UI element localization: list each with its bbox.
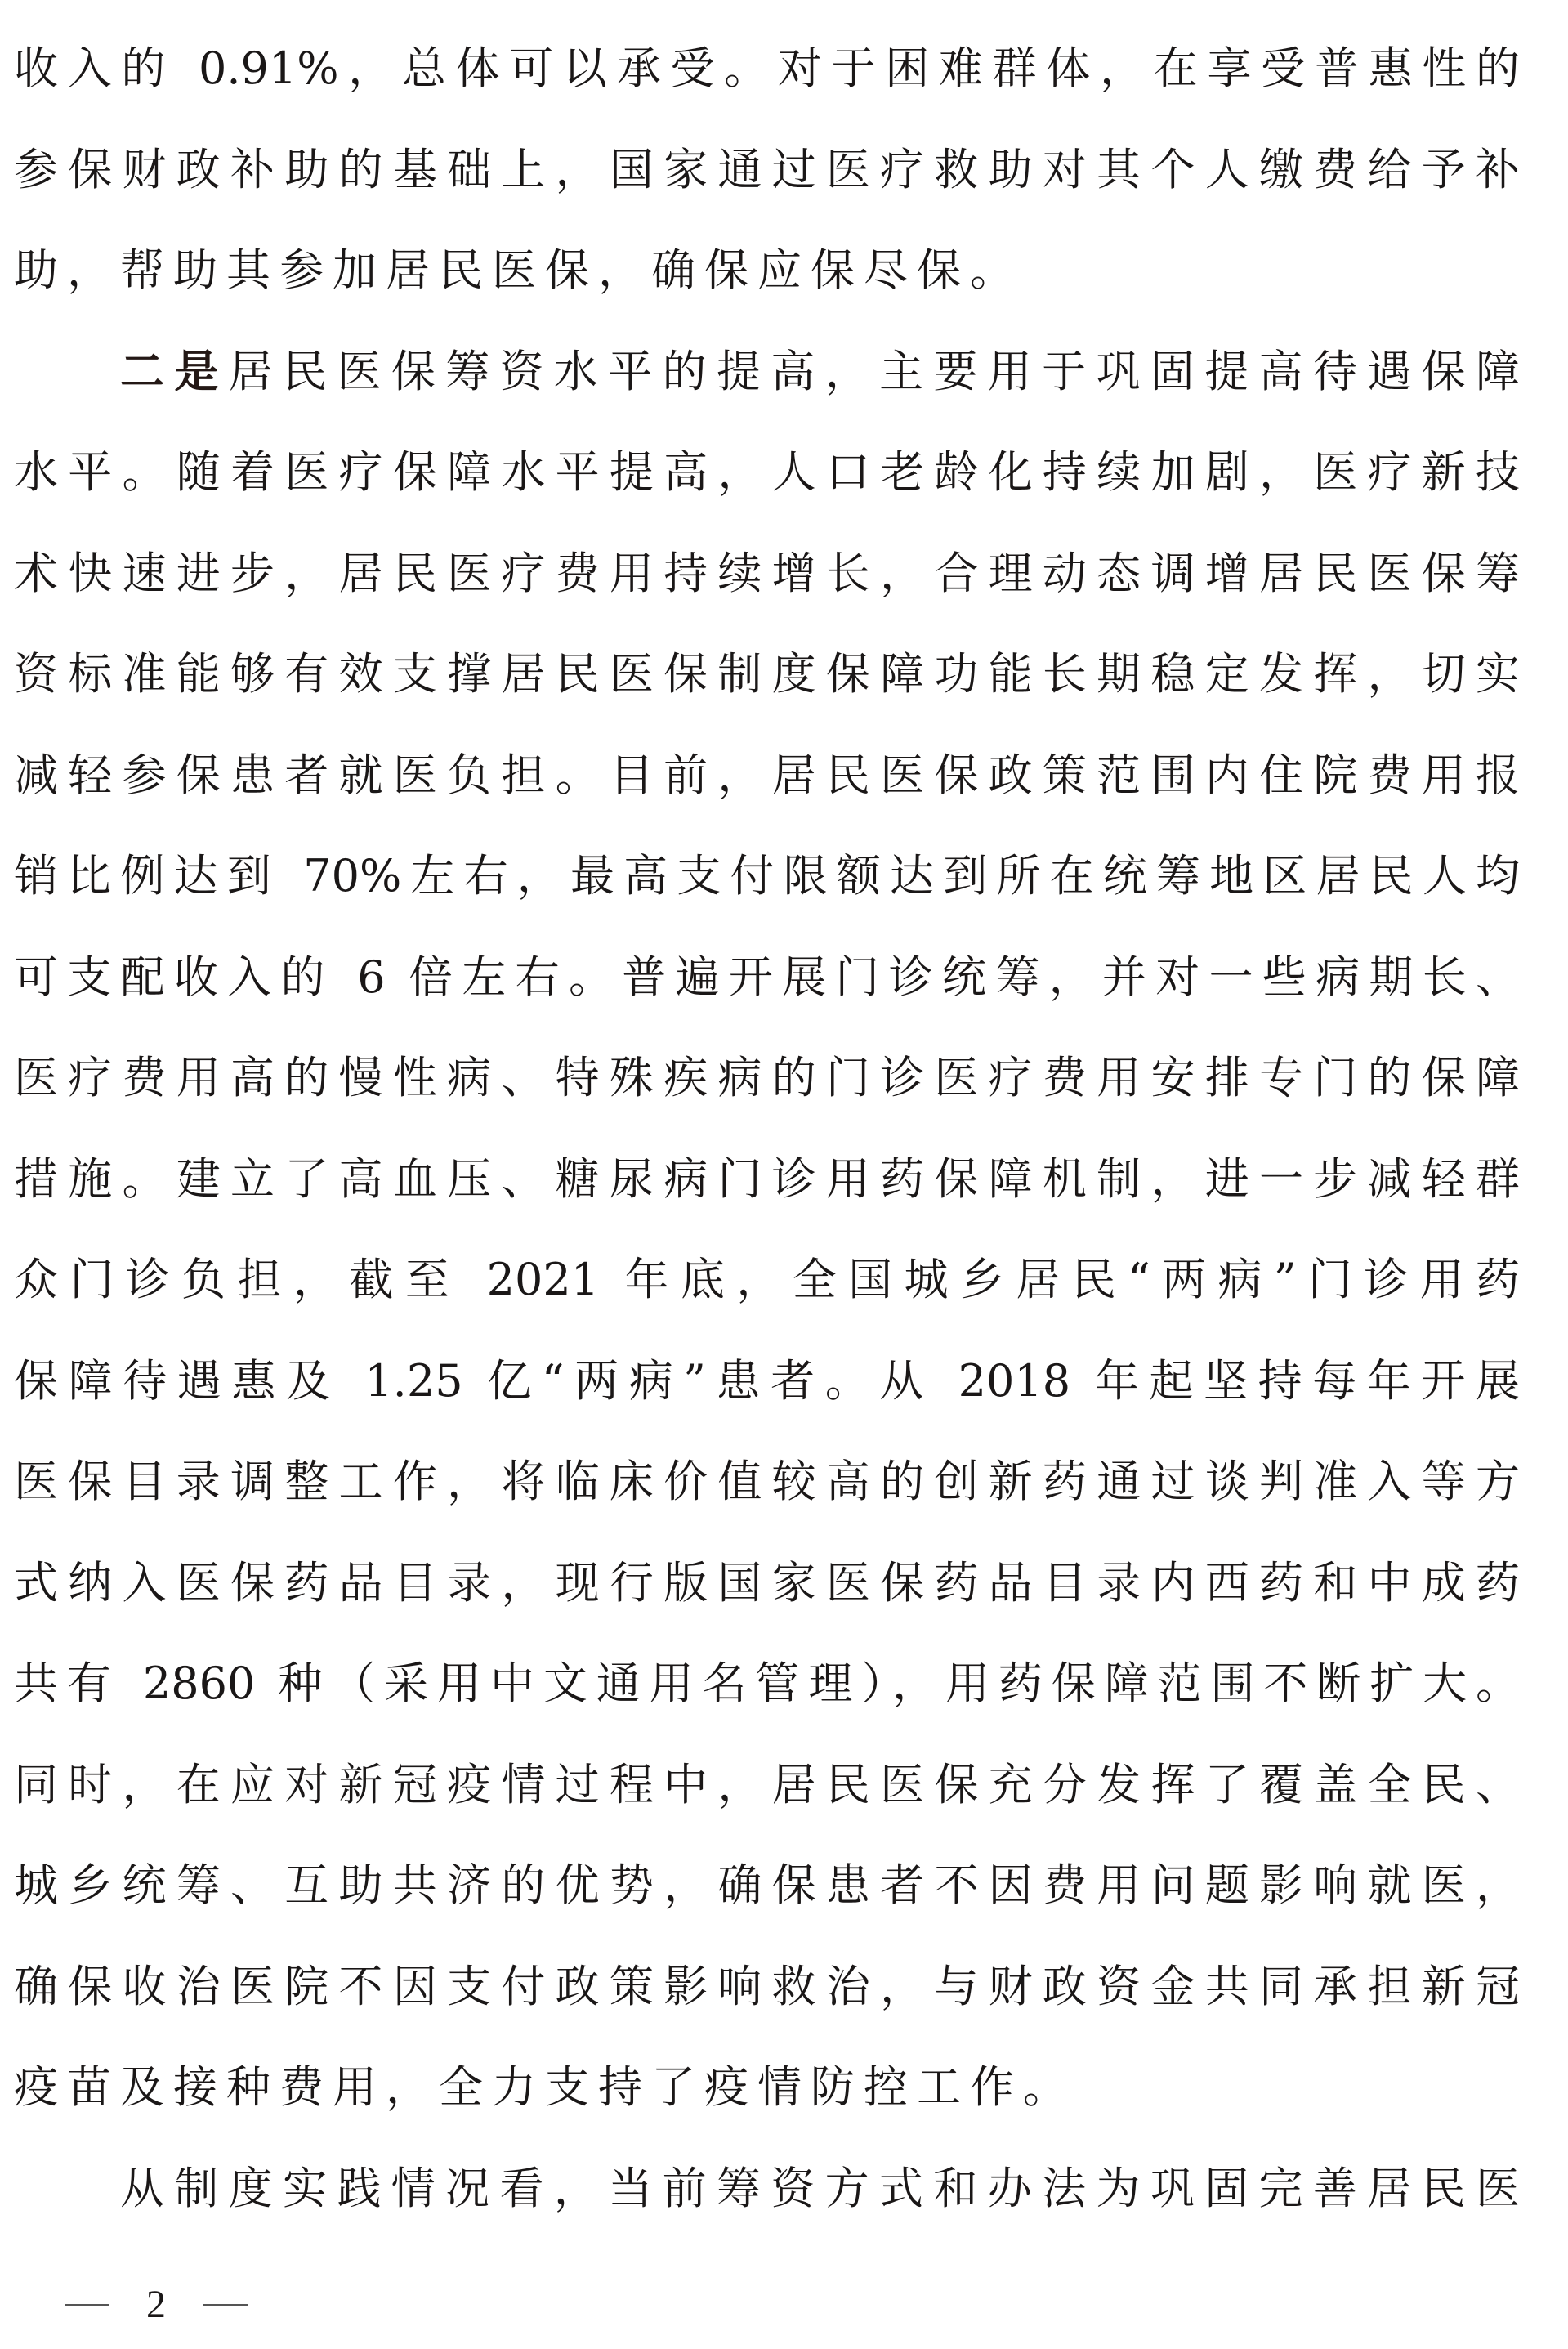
page-number-footer: 2 [65,2284,248,2325]
text-line: 资标准能够有效支撑居民医保制度保障功能长期稳定发挥，切实 [14,624,1520,725]
paragraph-first-line: 二是居民医保筹资水平的提高，主要用于巩固提高待遇保障 [120,321,1520,423]
text-line: 医疗费用高的慢性病、特殊疾病的门诊医疗费用安排专门的保障 [14,1027,1520,1129]
footer-dash-left [65,2304,109,2306]
text-line: 助，帮助其参加居民医保，确保应保尽保。 [14,220,1520,321]
page-number: 2 [146,2284,166,2325]
text-line: 可支配收入的 6 倍左右。普遍开展门诊统筹，并对一些病期长、 [14,927,1520,1028]
text-line: 疫苗及接种费用，全力支持了疫情防控工作。 [14,2037,1520,2138]
text-line: 水平。随着医疗保障水平提高，人口老龄化持续加剧，医疗新技 [14,422,1520,523]
text-line: 参保财政补助的基础上，国家通过医疗救助对其个人缴费给予补 [14,119,1520,221]
text-line: 式纳入医保药品目录，现行版国家医保药品目录内西药和中成药 [14,1532,1520,1634]
text-line: 销比例达到 70%左右，最高支付限额达到所在统筹地区居民人均 [14,826,1520,927]
text-span: 居民医保筹资水平的提高，主要用于巩固提高待遇保障 [229,346,1520,397]
text-line: 众门诊负担，截至 2021 年底，全国城乡居民“两病”门诊用药 [14,1229,1520,1331]
text-line: 措施。建立了高血压、糖尿病门诊用药保障机制，进一步减轻群 [14,1129,1520,1230]
text-line: 收入的 0.91%，总体可以承受。对于困难群体，在享受普惠性的 [14,18,1520,119]
text-line: 确保收治医院不因支付政策影响救治，与财政资金共同承担新冠 [14,1936,1520,2038]
text-line: 共有 2860 种（采用中文通用名管理），用药保障范围不断扩大。 [14,1633,1520,1734]
footer-dash-right [203,2304,248,2306]
text-line: 同时，在应对新冠疫情过程中，居民医保充分发挥了覆盖全民、 [14,1734,1520,1836]
text-line: 术快速进步，居民医疗费用持续增长，合理动态调增居民医保筹 [14,523,1520,624]
emphasis-label: 二是 [120,346,229,397]
text-line: 保障待遇惠及 1.25 亿“两病”患者。从 2018 年起坚持每年开展 [14,1331,1520,1432]
text-line: 减轻参保患者就医负担。目前，居民医保政策范围内住院费用报 [14,725,1520,826]
document-page: 收入的 0.91%，总体可以承受。对于困难群体，在享受普惠性的 参保财政补助的基… [0,0,1568,2349]
paragraph-first-line: 从制度实践情况看，当前筹资方式和办法为巩固完善居民医 [120,2138,1520,2239]
text-line: 医保目录调整工作，将临床价值较高的创新药通过谈判准入等方 [14,1431,1520,1532]
text-line: 城乡统筹、互助共济的优势，确保患者不因费用问题影响就医， [14,1835,1520,1936]
